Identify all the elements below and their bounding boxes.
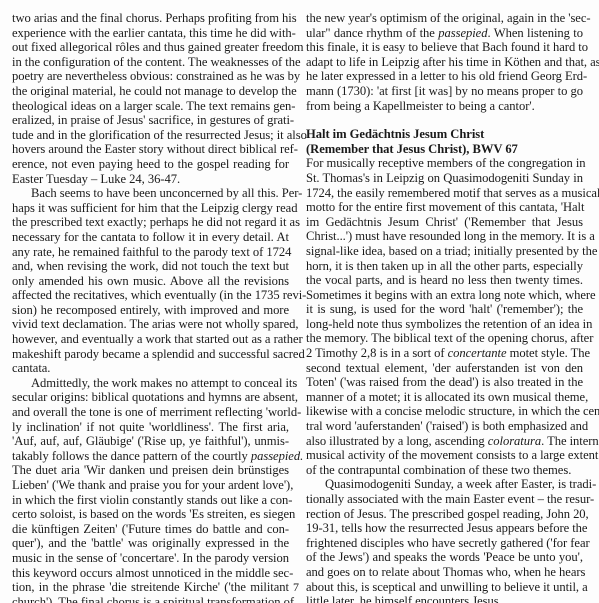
text-line: musical activity of the movement consist…: [306, 448, 583, 463]
italic-term: passepied.: [251, 449, 303, 463]
text-line: the new year's optimism of the original,…: [306, 11, 583, 26]
right-column: the new year's optimism of the original,…: [306, 11, 583, 603]
text-line: two arias and the final chorus. Perhaps …: [12, 11, 289, 26]
text-line: rection of Jesus. The prescribed gospel …: [306, 507, 583, 522]
text-line: this keyword occurs almost unnoticed in …: [12, 566, 289, 581]
text-line: any rate, he remained faithful to the pa…: [12, 245, 289, 260]
text-line: it is sung, is used for the word 'halt' …: [306, 302, 583, 317]
text-line: die künftigen Zeiten' ('Future times do …: [12, 522, 289, 537]
text-line: cantata.: [12, 361, 289, 376]
text-line: For musically receptive members of the c…: [306, 156, 583, 171]
document-page: two arias and the final chorus. Perhaps …: [0, 0, 599, 603]
text-line: the prescribed text exactly; perhaps he …: [12, 215, 289, 230]
text-line: little later, he himself encounters Jesu…: [306, 594, 583, 603]
text-line: however, and eventually a work that star…: [12, 332, 289, 347]
italic-term: passepied: [438, 26, 487, 40]
text-line: certo soloist, is based on the words 'Es…: [12, 507, 289, 522]
text-line: horn, it is then taken up in all the oth…: [306, 259, 583, 274]
text-line: from being a Kapellmeister to being a ca…: [306, 99, 583, 114]
text-line: hovers around the Easter story without d…: [12, 142, 289, 157]
text-line: out fixed allegorical rôles and thus gai…: [12, 40, 289, 55]
text-segment: motet style. The: [507, 346, 591, 360]
text-line: signal-like idea, based on a triad; init…: [306, 244, 583, 259]
text-line: of the Jews') and speaks the words 'Peac…: [306, 550, 583, 565]
text-line: and goes on to relate about Thomas who, …: [306, 565, 583, 580]
text-line: only amended his own music. Above all th…: [12, 274, 289, 289]
text-line: this finale, it is easy to believe that …: [306, 40, 583, 55]
text-line: manner of a motet; it is allocated its o…: [306, 390, 583, 405]
text-line: affected the recitatives, which eventual…: [12, 288, 289, 303]
text-line: im Gedächtnis Jesum Christ' ('Remember t…: [306, 215, 583, 230]
text-line: of the contrapuntal combination of these…: [306, 463, 583, 478]
paragraph-start-line: Bach seems to have been unconcerned by a…: [12, 186, 289, 201]
text-line: Toten' ('was raised from the dead') is a…: [306, 375, 583, 390]
italic-term: coloratura: [488, 434, 541, 448]
text-line: takably follows the dance pattern of the…: [12, 449, 289, 464]
text-segment: 2 Timothy 2,8 is in a sort of: [306, 346, 448, 360]
text-line: ular" dance rhythm of the passepied. Whe…: [306, 26, 583, 41]
text-line: frightened disciples who have secretly g…: [306, 536, 583, 551]
text-line: poetry are nevertheless obvious: constra…: [12, 69, 289, 84]
text-line: tral word 'auferstanden' ('raised') is b…: [306, 419, 583, 434]
text-line: experience with the earlier cantata, thi…: [12, 26, 289, 41]
text-line: 1724, the easily remembered motif that s…: [306, 186, 583, 201]
text-line: the vocal parts, and is heard no less th…: [306, 273, 583, 288]
text-line: makeshift parody became a splendid and s…: [12, 347, 289, 362]
text-line: tude and in the glorification of the res…: [12, 128, 289, 143]
text-line: in the configuration of the content. The…: [12, 55, 289, 70]
text-line: and, when revising the work, did not tou…: [12, 259, 289, 274]
text-line: in which the first violin constantly sta…: [12, 493, 289, 508]
text-line: 2 Timothy 2,8 is in a sort of concertant…: [306, 346, 583, 361]
text-line: 'Auf, auf, auf, Gläubige' ('Rise up, ye …: [12, 434, 289, 449]
text-line: The duet aria 'Wir danken und preisen de…: [12, 463, 289, 478]
text-line: theological ideas on a larger scale. The…: [12, 99, 289, 114]
text-line: Sometimes it begins with an extra long n…: [306, 288, 583, 303]
text-line: tion, in the phrase 'die streitende Kirc…: [12, 580, 289, 595]
italic-term: concertante: [448, 346, 507, 360]
section-heading-title: Halt im Gedächtnis Jesum Christ: [306, 127, 583, 142]
text-line: he later expressed in a letter to his ol…: [306, 69, 583, 84]
text-line: Christ...') must have resounded long in …: [306, 229, 583, 244]
text-line: sion) he recomposed entirely, with impro…: [12, 303, 289, 318]
text-line: also illustrated by a long, ascending co…: [306, 434, 583, 449]
text-line: mann (1730): 'at first [it was] by no me…: [306, 84, 583, 99]
text-line: vivid text declamation. The arias were n…: [12, 317, 289, 332]
text-line: second textual element, 'der auferstande…: [306, 361, 583, 376]
text-line: St. Thomas's in Leipzig on Quasimodogeni…: [306, 171, 583, 186]
text-line: motto for the entire first movement of t…: [306, 200, 583, 215]
text-line: secular origins: biblical quotations and…: [12, 390, 289, 405]
text-line: likewise with a concise melodic structur…: [306, 404, 583, 419]
text-line: eralized, in praise of Jesus' sacrifice,…: [12, 113, 289, 128]
paragraph-start-line: Quasimodogeniti Sunday, a week after Eas…: [306, 477, 583, 492]
text-line: necessary for the cantata to follow it i…: [12, 230, 289, 245]
text-segment: ular" dance rhythm of the: [306, 26, 438, 40]
text-line: 19-31, tells how the resurrected Jesus a…: [306, 521, 583, 536]
text-line: tionally associated with the main Easter…: [306, 492, 583, 507]
paragraph-start-line: Admittedly, the work makes no attempt to…: [12, 376, 289, 391]
text-line: the memory. The biblical text of the ope…: [306, 331, 583, 346]
text-line: haps it was sufficient for him that the …: [12, 201, 289, 216]
text-line: the original material, he could not mana…: [12, 84, 289, 99]
text-line: and overall the tone is one of merriment…: [12, 405, 289, 420]
text-line: about this, is sceptical and unwilling t…: [306, 580, 583, 595]
text-line: church'). The final chorus is a spiritua…: [12, 595, 289, 603]
text-segment: . When listening to: [487, 26, 583, 40]
text-segment: . The internal: [541, 434, 599, 448]
section-heading-subtitle: (Remember that Jesus Christ), BWV 67: [306, 142, 583, 157]
text-line: music in the sense of 'concertare'. In t…: [12, 551, 289, 566]
text-line: quer'), and the 'battle' was originally …: [12, 536, 289, 551]
text-line: Easter Tuesday – Luke 24, 36-47.: [12, 172, 289, 187]
text-line: erence, not even paying heed to the gosp…: [12, 157, 289, 172]
text-line: ly inclination' if not quite 'worldlines…: [12, 420, 289, 435]
page-number: 7: [293, 580, 299, 594]
section-spacer: [306, 113, 583, 127]
text-segment: takably follows the dance pattern of the…: [12, 449, 251, 463]
left-column: two arias and the final chorus. Perhaps …: [12, 11, 289, 603]
text-line: adapt to life in Leipzig after his time …: [306, 55, 583, 70]
text-line: long-held note thus symbolizes the reten…: [306, 317, 583, 332]
text-segment: also illustrated by a long, ascending: [306, 434, 488, 448]
text-line: Lieben' ('We thank and praise you for yo…: [12, 478, 289, 493]
